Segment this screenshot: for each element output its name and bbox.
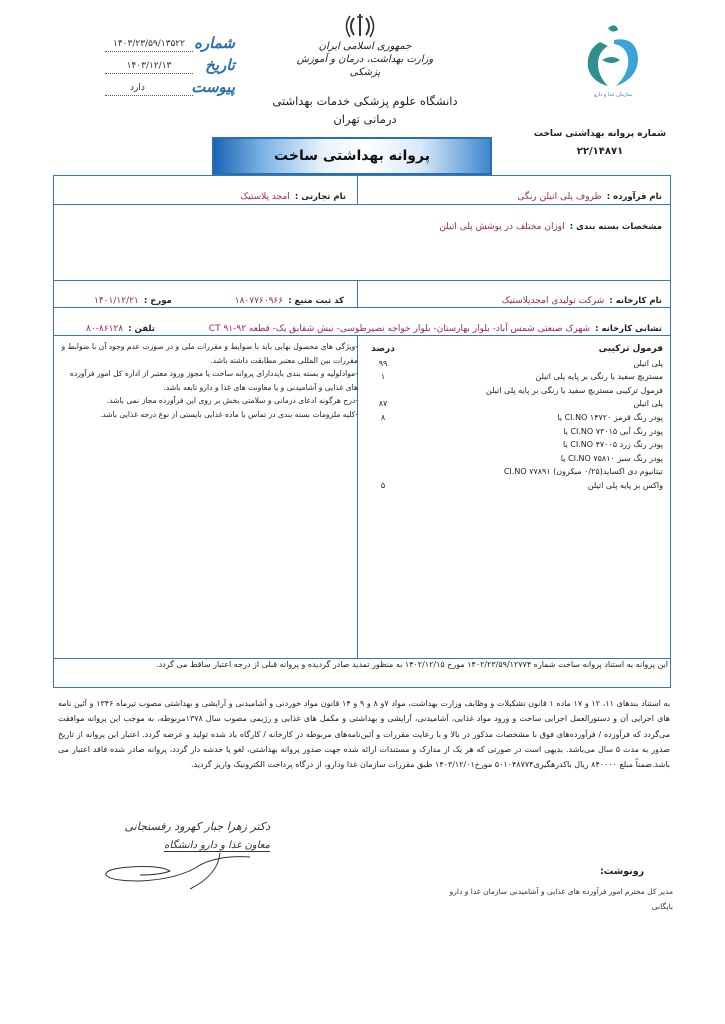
composition-formula: فرمول ترکیبی درصد پلی اتیلن۹۹ مستربچ سفی…	[363, 343, 663, 493]
trade-name-label: نام تجارتی :	[295, 192, 346, 202]
factory-name-field: نام کارخانه : شرکت تولیدی امجدپلاستیک	[502, 288, 662, 307]
cc-recipient: مدیر کل محترم امور فرآورده های غذایی و آ…	[450, 884, 673, 899]
note-item: -درج هرگونه ادعای درمانی و سلامتی بخش بر…	[58, 394, 358, 408]
document-title-banner: پروانه بهداشتی ساخت	[212, 137, 492, 175]
factory-name-label: نام کارخانه :	[609, 296, 662, 306]
letter-date-row: تاریخ ۱۴۰۳/۱۲/۱۳	[105, 52, 235, 74]
signatory-name: دکتر زهرا جبار کهرود رفسنجانی	[124, 820, 270, 833]
attachment-label: پیوست	[193, 78, 235, 96]
university-line-2: درمانی تهران	[240, 110, 490, 128]
source-date-value: ۱۴۰۱/۱۲/۲۱	[94, 296, 139, 306]
letter-date-value: ۱۴۰۳/۱۲/۱۳	[105, 61, 193, 74]
letter-number-value: ۱۴۰۳/۲۳/۵۹/۱۳۵۲۲	[105, 39, 193, 52]
letter-number-label: شماره	[193, 34, 235, 52]
divider	[54, 280, 670, 281]
formula-row: پلی اتیلن۸۷	[363, 397, 663, 411]
factory-address-value: شهرک صنعتی شمس آباد- بلوار بهارستان- بلو…	[209, 324, 590, 334]
renewal-note: این پروانه به استناد پروانه ساخت شماره ۱…	[58, 660, 668, 669]
formula-row: پلی اتیلن۹۹	[363, 357, 663, 371]
signature-block: دکتر زهرا جبار کهرود رفسنجانی معاون غذا …	[100, 815, 290, 895]
source-code-label: کد ثبت منبع :	[288, 296, 344, 306]
cc-title: رونوشت:	[600, 866, 644, 877]
divider	[54, 335, 670, 336]
university-line-1: دانشگاه علوم پزشکی خدمات بهداشتی	[240, 92, 490, 110]
formula-row: پودر رنگ آبی CI.NO ۷۳۰۱۵ یا	[363, 425, 663, 439]
document-title: پروانه بهداشتی ساخت	[274, 148, 430, 164]
trade-name-field: نام تجارتی : امجد پلاستیک	[240, 184, 346, 203]
ministry-text: وزارت بهداشت، درمان و آموزش پزشکی	[290, 53, 440, 79]
license-number-value: ۲۲/۱۴۸۷۱	[520, 146, 680, 157]
republic-text: جمهوری اسلامی ایران	[290, 40, 440, 53]
formula-header-name: فرمول ترکیبی	[403, 343, 663, 357]
factory-name-value: شرکت تولیدی امجدپلاستیک	[502, 296, 605, 306]
divider	[54, 204, 670, 205]
divider	[357, 176, 358, 204]
ministry-header: جمهوری اسلامی ایران وزارت بهداشت، درمان …	[290, 40, 440, 79]
source-code-field: کد ثبت منبع : ۱۸۰۷۷۶۰۹۶۶	[235, 288, 344, 307]
formula-row: تیتانیوم دی اکساید(۰/۲۵ میکرون) CI.NO ۷۷…	[363, 465, 663, 479]
letter-date-label: تاریخ	[193, 56, 235, 74]
reference-block: شماره ۱۴۰۳/۲۳/۵۹/۱۳۵۲۲ تاریخ ۱۴۰۳/۱۲/۱۳ …	[105, 30, 235, 96]
iran-emblem-icon	[342, 12, 378, 40]
logo-caption: سازمان غذا و دارو	[593, 92, 632, 98]
food-drug-organization-logo-icon: سازمان غذا و دارو	[578, 20, 648, 100]
formula-header-percent: درصد	[363, 343, 403, 357]
cc-recipient: بایگانی	[450, 899, 673, 914]
attachment-row: پیوست دارد	[105, 74, 235, 96]
formula-row: مستربچ سفید یا رنگی بر پایه پلی اتیلن۱	[363, 370, 663, 384]
factory-address-label: نشانی کارخانه :	[595, 324, 662, 334]
product-name-label: نام فرآورده :	[607, 192, 662, 202]
formula-row: پودر رنگ سبز CI.NO ۷۵۸۱۰ یا	[363, 452, 663, 466]
packaging-field: مشخصات بسته بندی : اوزان مختلف در پوشش پ…	[439, 214, 662, 233]
packaging-value: اوزان مختلف در پوشش پلی اتیلن	[439, 222, 564, 232]
university-header: دانشگاه علوم پزشکی خدمات بهداشتی درمانی …	[240, 92, 490, 128]
requirements-notes: -ویژگی های محصول نهایی باید با ضوابط و م…	[58, 340, 358, 421]
source-date-label: مورخ :	[144, 296, 172, 306]
product-name-value: ظروف پلی اتیلن رنگی	[517, 192, 601, 202]
cc-list: مدیر کل محترم امور فرآورده های غذایی و آ…	[450, 884, 673, 914]
attachment-value: دارد	[105, 83, 193, 96]
note-item: -کلیه ملزومات بسته بندی در تماس با ماده …	[58, 408, 358, 422]
product-name-field: نام فرآورده : ظروف پلی اتیلن رنگی	[517, 184, 662, 203]
phone-value: ۸۶۱۲۸-۸۰	[86, 324, 123, 334]
formula-header: فرمول ترکیبی درصد	[363, 343, 663, 357]
note-item: -ویژگی های محصول نهایی باید با ضوابط و م…	[58, 340, 358, 367]
formula-row: پودر رنگ زرد CI.NO ۴۷۰۰۵ یا	[363, 438, 663, 452]
packaging-label: مشخصات بسته بندی :	[570, 222, 662, 232]
formula-row: فرمول ترکیبی مستربچ سفید یا رنگی بر پایه…	[363, 384, 663, 398]
phone-field: تلفن : ۸۶۱۲۸-۸۰	[86, 316, 155, 335]
license-number-label: شماره پروانه بهداشتی ساخت	[520, 129, 680, 139]
factory-address-field: نشانی کارخانه : شهرک صنعتی شمس آباد- بلو…	[209, 316, 662, 335]
divider	[54, 307, 670, 308]
letter-number-row: شماره ۱۴۰۳/۲۳/۵۹/۱۳۵۲۲	[105, 30, 235, 52]
divider	[54, 658, 670, 659]
phone-label: تلفن :	[128, 324, 155, 334]
legal-paragraph: به استناد بندهای ۱۱، ۱۲ و ۱۷ ماده ۱ قانو…	[58, 696, 670, 772]
formula-row: واکس بر پایه پلی اتیلن۵	[363, 479, 663, 493]
signature-scribble-icon	[100, 845, 270, 895]
note-item: -موادلولیه و بسته بندی بایددارای پروانه …	[58, 367, 358, 394]
source-code-value: ۱۸۰۷۷۶۰۹۶۶	[235, 296, 283, 306]
source-date-field: مورخ : ۱۴۰۱/۱۲/۲۱	[94, 288, 172, 307]
formula-row: پودر رنگ قرمز CI.NO ۱۴۷۲۰ یا۸	[363, 411, 663, 425]
divider	[357, 280, 358, 307]
trade-name-value: امجد پلاستیک	[240, 192, 290, 202]
